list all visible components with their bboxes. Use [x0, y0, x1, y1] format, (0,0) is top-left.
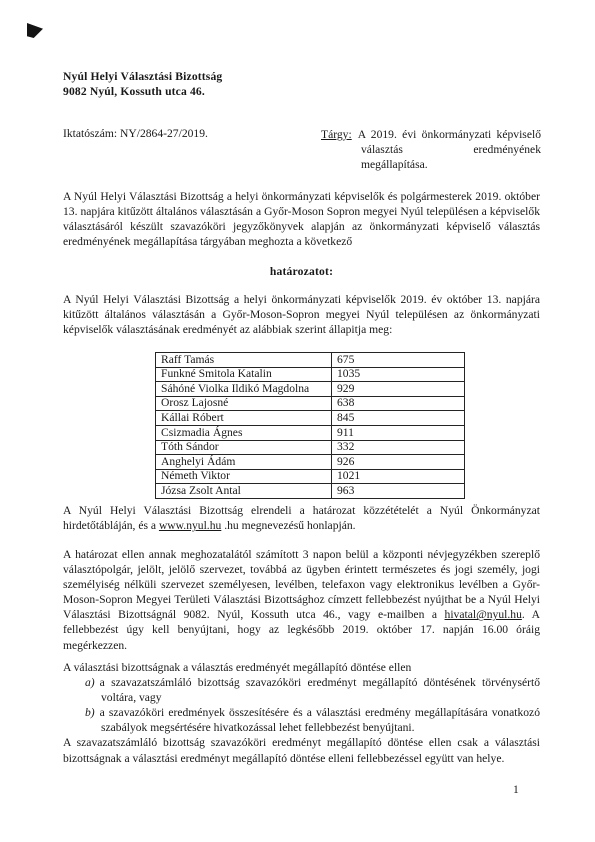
org-name: Nyúl Helyi Választási Bizottság — [63, 70, 222, 85]
candidate-name-cell: Németh Viktor — [156, 469, 332, 484]
candidate-name-cell: Anghelyi Ádám — [156, 455, 332, 470]
appeal-ground-text: a szavazatszámláló bizottság szavazóköri… — [100, 676, 540, 704]
table-row: Tóth Sándor332 — [156, 440, 465, 455]
candidate-votes-cell: 963 — [332, 484, 465, 499]
closing-paragraph: A szavazatszámláló bizottság szavazóköri… — [63, 735, 540, 765]
results-table-body: Raff Tamás675Funkné Smitola Katalin1035S… — [156, 353, 465, 499]
table-row: Csizmadia Ágnes911 — [156, 425, 465, 440]
appeal-grounds-intro: A választási bizottságnak a választás er… — [63, 660, 540, 675]
subject-text: A 2019. évi önkormányzati képvi­selő vál… — [358, 128, 541, 171]
scan-artifact-mark — [27, 23, 43, 38]
candidate-votes-cell: 929 — [332, 382, 465, 397]
candidate-votes-cell: 845 — [332, 411, 465, 426]
appeal-paragraph: A határozat ellen annak meghozatalától s… — [63, 547, 540, 653]
reference-number-line: Iktatószám: NY/2864-27/2019. — [63, 127, 208, 140]
publication-text-post: .hu megnevezésű honlapján. — [221, 519, 355, 532]
appeal-ground-item: a)a szavazatszámláló bizottság szavazókö… — [63, 675, 540, 705]
candidate-name-cell: Kállai Róbert — [156, 411, 332, 426]
email-link-text: hivatal@nyul.hu — [445, 608, 522, 621]
candidate-name-cell: Józsa Zsolt Antal — [156, 484, 332, 499]
candidate-name-cell: Funkné Smitola Katalin — [156, 367, 332, 382]
scanned-document: Nyúl Helyi Választási Bizottság 9082 Nyú… — [0, 0, 595, 842]
appeal-ground-item: b)a szavazóköri eredmények összesítésére… — [63, 705, 540, 735]
table-row: Németh Viktor1021 — [156, 469, 465, 484]
reference-label: Iktatószám: — [63, 127, 117, 140]
subject-block: Tárgy:A 2019. évi önkormányzati képvi­se… — [321, 127, 541, 172]
decision-heading: határozatot: — [63, 265, 540, 278]
appeal-ground-text: a szavazóköri eredmények összesítésére é… — [100, 706, 540, 734]
table-row: Raff Tamás675 — [156, 353, 465, 368]
candidate-votes-cell: 926 — [332, 455, 465, 470]
candidate-votes-cell: 1021 — [332, 469, 465, 484]
results-table: Raff Tamás675Funkné Smitola Katalin1035S… — [155, 352, 465, 499]
list-marker: a) — [85, 676, 95, 689]
candidate-name-cell: Csizmadia Ágnes — [156, 425, 332, 440]
table-row: Funkné Smitola Katalin1035 — [156, 367, 465, 382]
candidate-name-cell: Tóth Sándor — [156, 440, 332, 455]
org-address: 9082 Nyúl, Kossuth utca 46. — [63, 85, 222, 100]
table-row: Anghelyi Ádám926 — [156, 455, 465, 470]
result-paragraph: A Nyúl Helyi Választási Bizottság a hely… — [63, 292, 540, 337]
table-row: Sáhóné Violka Ildikó Magdolna929 — [156, 382, 465, 397]
appeal-grounds-list: a)a szavazatszámláló bizottság szavazókö… — [63, 675, 540, 735]
table-row: Orosz Lajosné638 — [156, 396, 465, 411]
candidate-votes-cell: 1035 — [332, 367, 465, 382]
candidate-votes-cell: 675 — [332, 353, 465, 368]
intro-paragraph: A Nyúl Helyi Választási Bizottság a hely… — [63, 189, 540, 249]
candidate-name-cell: Sáhóné Violka Ildikó Magdolna — [156, 382, 332, 397]
subject-label: Tárgy: — [321, 128, 352, 141]
reference-value: NY/2864-27/2019. — [120, 127, 208, 140]
candidate-name-cell: Orosz Lajosné — [156, 396, 332, 411]
candidate-votes-cell: 911 — [332, 425, 465, 440]
appeal-grounds-section: A választási bizottságnak a választás er… — [63, 660, 540, 766]
letterhead: Nyúl Helyi Választási Bizottság 9082 Nyú… — [63, 70, 222, 99]
publication-paragraph: A Nyúl Helyi Választási Bizottság elrend… — [63, 503, 540, 533]
table-row: Kállai Róbert845 — [156, 411, 465, 426]
website-link-text: www.nyul.hu — [159, 519, 221, 532]
page-number: 1 — [513, 783, 519, 796]
document-page: Nyúl Helyi Választási Bizottság 9082 Nyú… — [0, 0, 595, 842]
table-row: Józsa Zsolt Antal963 — [156, 484, 465, 499]
list-marker: b) — [85, 706, 95, 719]
candidate-name-cell: Raff Tamás — [156, 353, 332, 368]
candidate-votes-cell: 332 — [332, 440, 465, 455]
candidate-votes-cell: 638 — [332, 396, 465, 411]
